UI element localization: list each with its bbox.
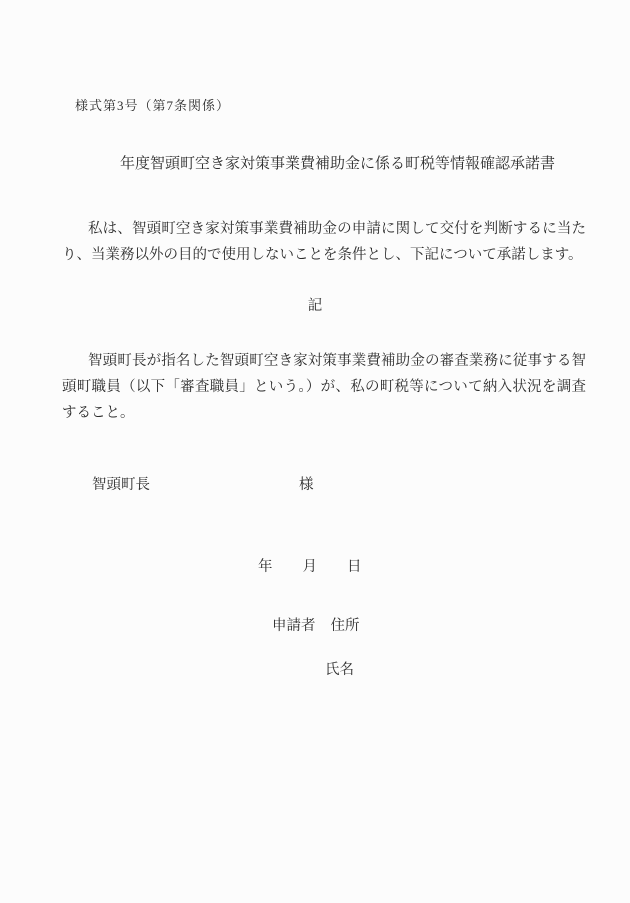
date-line: 年月日 bbox=[258, 560, 362, 575]
section-marker-ki: 記 bbox=[0, 299, 630, 314]
form-number: 様式第3号（第7条関係） bbox=[75, 99, 230, 112]
date-year-label: 年 bbox=[258, 559, 273, 575]
inquiry-item-paragraph: 智頭町長が指名した智頭町空き家対策事業費補助金の審査業務に従事する智頭町職員（以… bbox=[62, 348, 586, 426]
applicant-line: 申請者住所 bbox=[272, 619, 360, 634]
consent-paragraph: 私は、智頭町空き家対策事業費補助金の申請に関して交付を判断するに当たり、当業務以… bbox=[62, 216, 586, 268]
applicant-name-label: 氏名 bbox=[325, 663, 354, 678]
applicant-label: 申請者 bbox=[272, 618, 316, 634]
addressee-name: 智頭町長 bbox=[92, 478, 150, 493]
date-month-label: 月 bbox=[303, 559, 318, 575]
applicant-address-label: 住所 bbox=[331, 618, 360, 634]
addressee-honorific: 様 bbox=[299, 478, 314, 493]
date-day-label: 日 bbox=[347, 559, 362, 575]
document-page: 様式第3号（第7条関係） 年度智頭町空き家対策事業費補助金に係る町税等情報確認承… bbox=[0, 0, 630, 903]
document-title: 年度智頭町空き家対策事業費補助金に係る町税等情報確認承諾書 bbox=[120, 157, 555, 172]
